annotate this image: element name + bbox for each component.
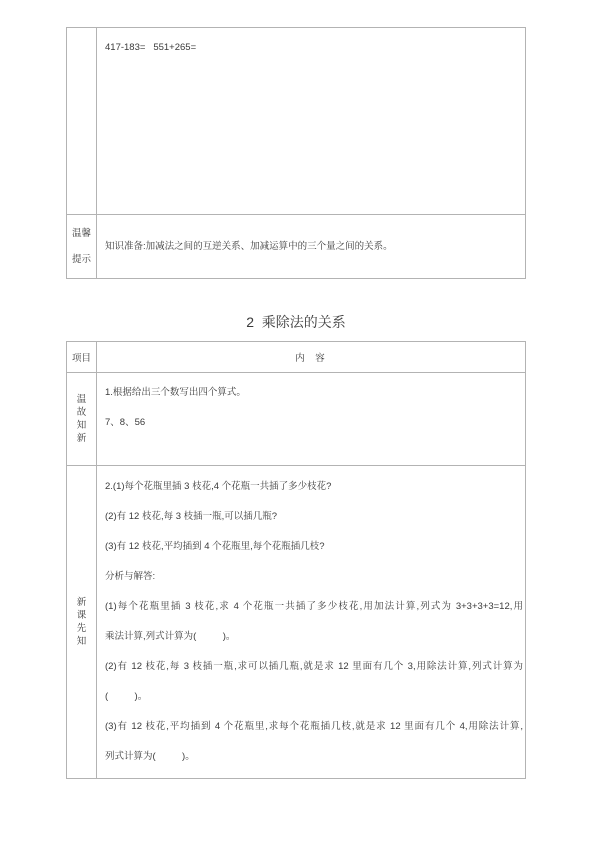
header-item-cell: 项目	[67, 342, 97, 372]
text-line: (2)有 12 枝花,每 3 枝插一瓶,求可以插几瓶,就是求 12 里面有几个 …	[105, 652, 523, 682]
text-line: (3)有 12 枝花,平均插到 4 个花瓶里,求每个花瓶插几枝,就是求 12 里…	[105, 712, 523, 742]
table-row: 温 故 知 新 1.根据给出三个数写出四个算式。 7、8、56	[67, 372, 525, 465]
preview-row-content-cell: 2.(1)每个花瓶里插 3 枝花,4 个花瓶一共插了多少枝花? (2)有 12 …	[97, 466, 525, 778]
table-row: 温馨 提示 知识准备:加减法之间的互逆关系、加减运算中的三个量之间的关系。	[67, 214, 525, 278]
equations-text: 417-183= 551+265=	[97, 28, 525, 214]
row-label-cell-empty	[67, 28, 97, 214]
text-line: 7、8、56	[105, 408, 523, 438]
section-title: 2 乘除法的关系	[66, 311, 526, 333]
table-header-row: 项目 内 容	[67, 342, 525, 372]
prep-table: 417-183= 551+265= 温馨 提示 知识准备:加减法之间的互逆关系、…	[66, 27, 526, 279]
text-line: 列式计算为( )。	[105, 742, 523, 772]
header-content-cell: 内 容	[97, 342, 525, 372]
table-row: 新 课 先 知 2.(1)每个花瓶里插 3 枝花,4 个花瓶一共插了多少枝花? …	[67, 465, 525, 778]
text-line: (1)每个花瓶里插 3 枝花,求 4 个花瓶一共插了多少枝花,用加法计算,列式为…	[105, 592, 523, 622]
text-line: 分析与解答:	[105, 562, 523, 592]
review-row-label: 温 故 知 新	[67, 373, 97, 465]
tip-row-content-cell: 知识准备:加减法之间的互逆关系、加减运算中的三个量之间的关系。	[97, 215, 525, 278]
worksheet-page: 417-183= 551+265= 温馨 提示 知识准备:加减法之间的互逆关系、…	[0, 0, 596, 842]
text-line: ( )。	[105, 682, 523, 712]
text-line: 1.根据给出三个数写出四个算式。	[105, 378, 523, 408]
lesson-table: 项目 内 容 温 故 知 新 1.根据给出三个数写出四个算式。 7、8、56 新…	[66, 341, 526, 779]
tip-row-text: 知识准备:加减法之间的互逆关系、加减运算中的三个量之间的关系。	[105, 240, 393, 254]
tip-row-label: 温馨 提示	[67, 215, 97, 278]
preview-row-label: 新 课 先 知	[67, 466, 97, 778]
text-line: (2)有 12 枝花,每 3 枝插一瓶,可以插几瓶?	[105, 502, 523, 532]
table-row: 417-183= 551+265=	[67, 28, 525, 214]
review-row-content-cell: 1.根据给出三个数写出四个算式。 7、8、56	[97, 373, 525, 465]
text-line: 乘法计算,列式计算为( )。	[105, 622, 523, 652]
text-line: 2.(1)每个花瓶里插 3 枝花,4 个花瓶一共插了多少枝花?	[105, 472, 523, 502]
text-line: (3)有 12 枝花,平均插到 4 个花瓶里,每个花瓶插几枝?	[105, 532, 523, 562]
